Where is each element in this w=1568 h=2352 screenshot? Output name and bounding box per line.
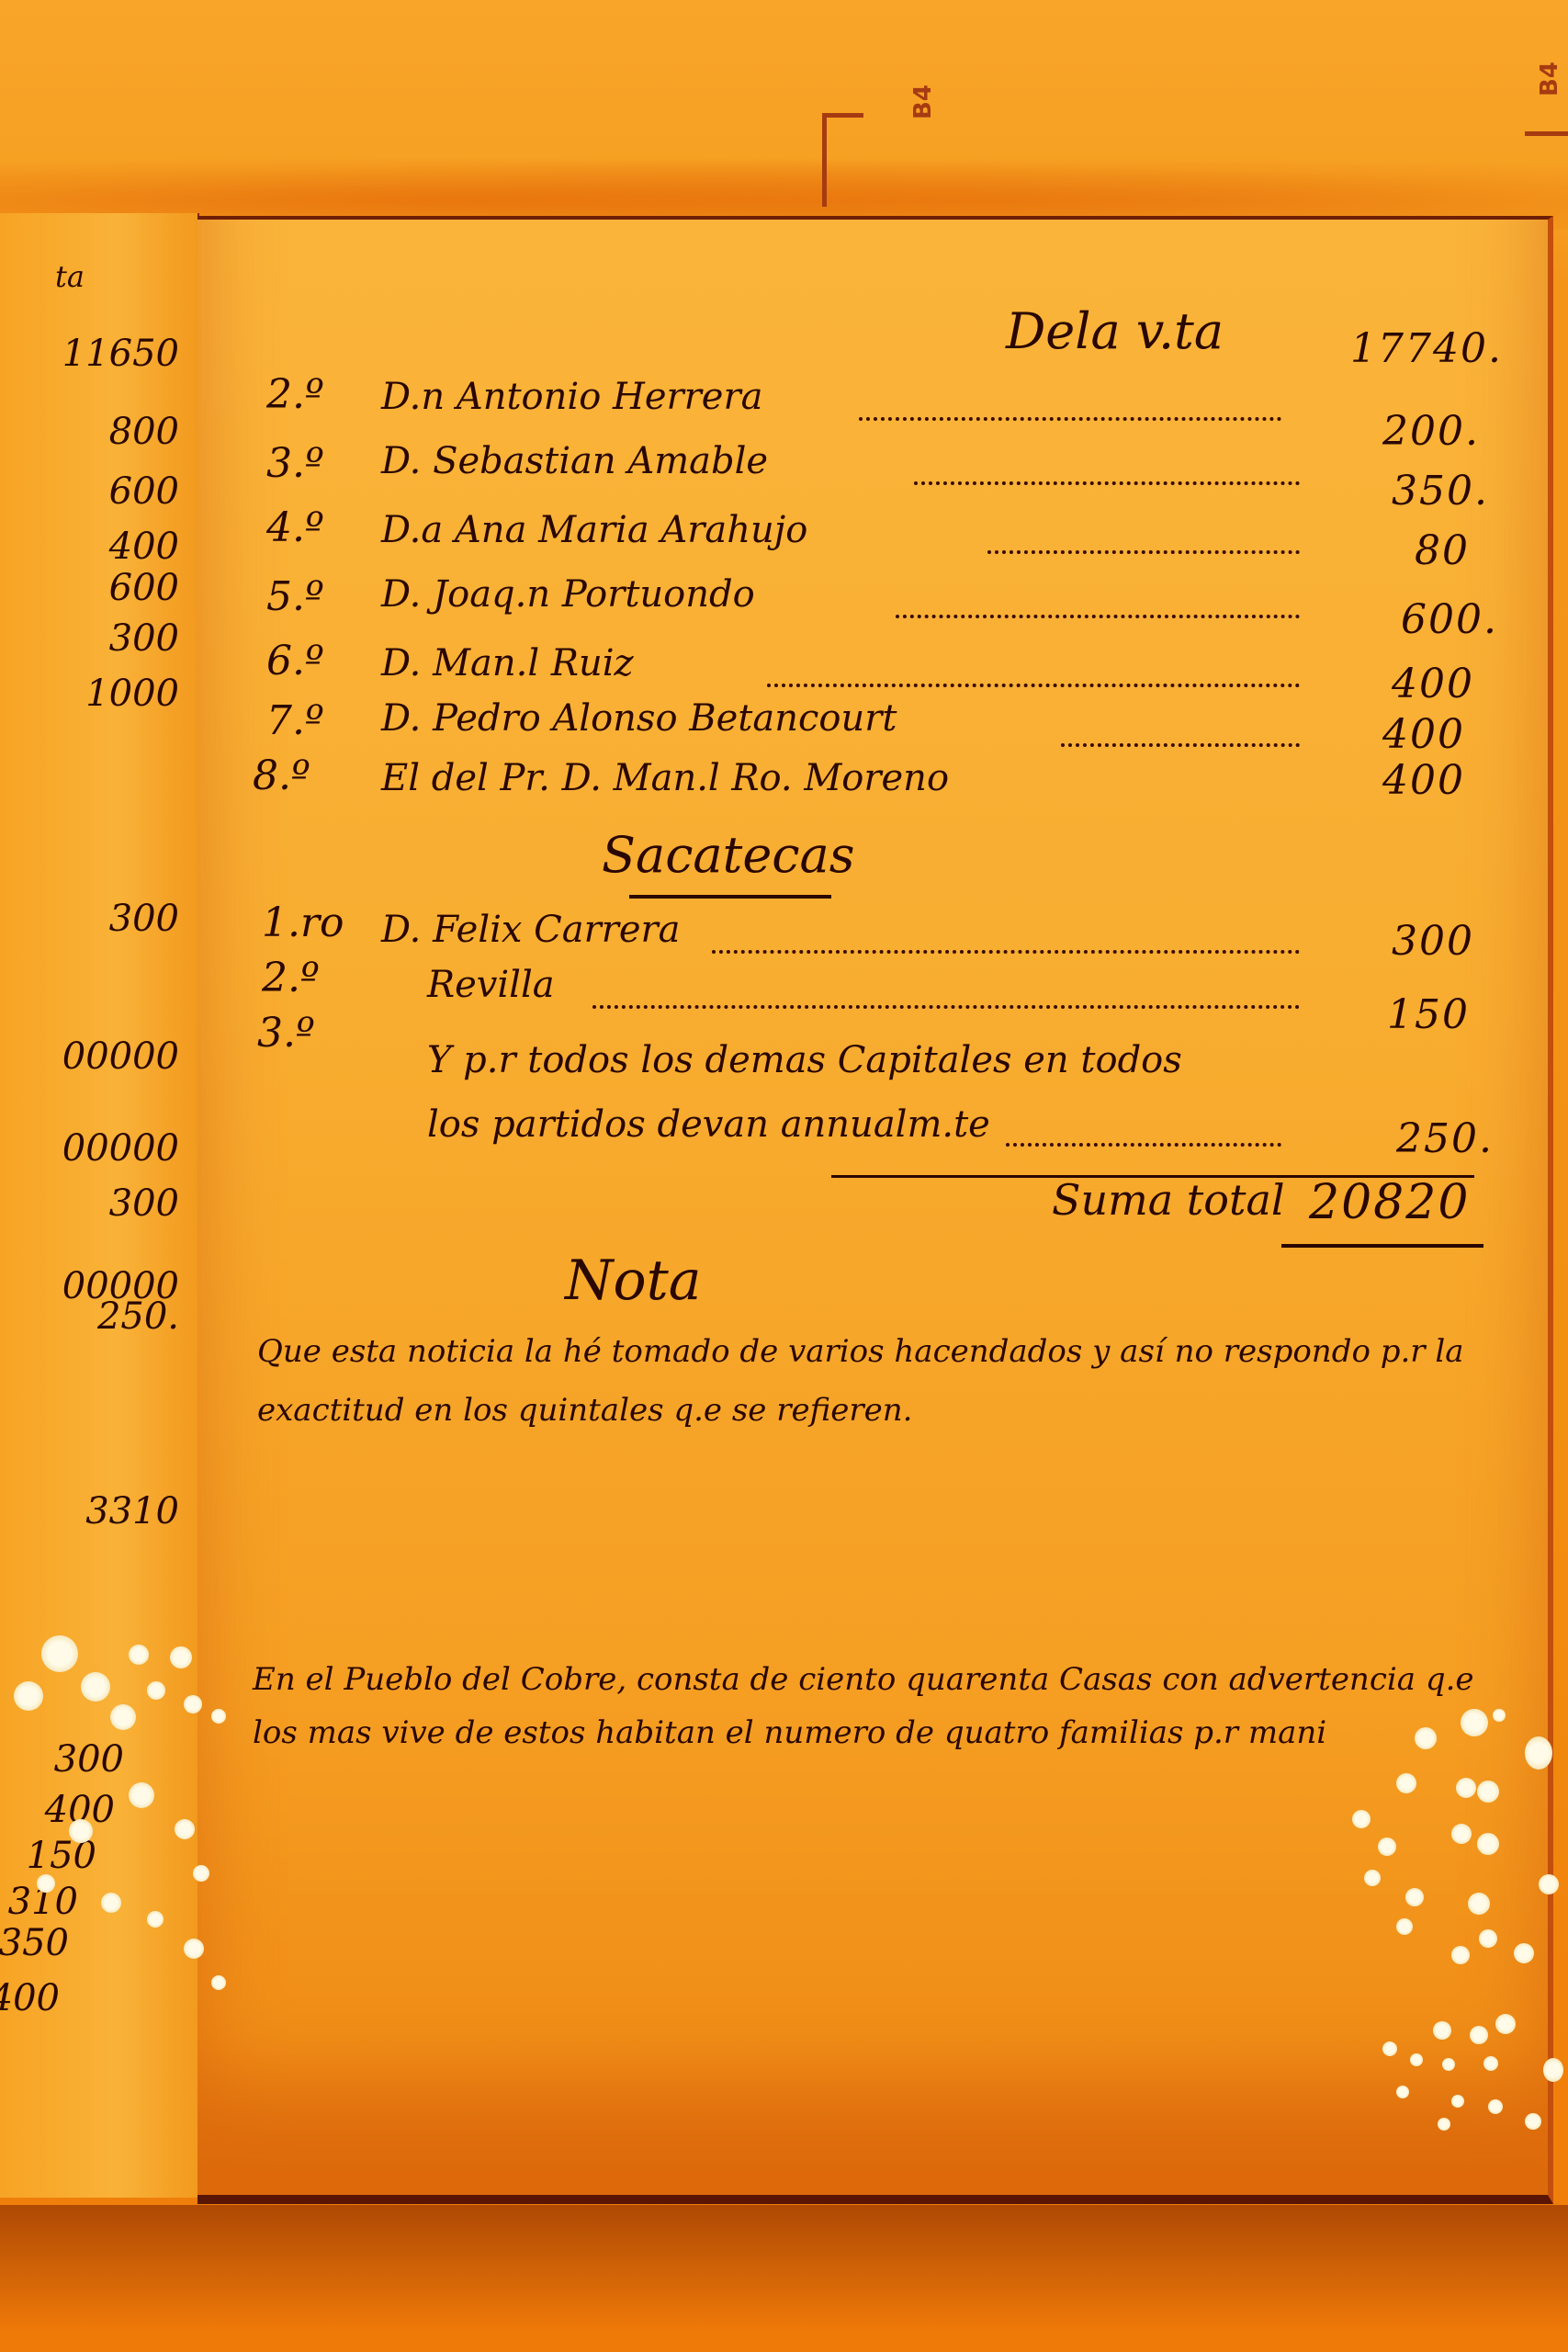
left-page-number: 600 — [109, 567, 179, 609]
row-ordinal: 8.º — [253, 752, 310, 799]
row-amount: 400 — [1382, 711, 1465, 758]
left-page-number: 3310 — [85, 1490, 179, 1532]
row-ordinal: 1.ro — [262, 899, 344, 946]
page-bottom-shadow — [0, 2205, 1568, 2334]
dot-leader — [1006, 1143, 1281, 1147]
left-page-number: 400 — [0, 1977, 60, 2019]
nota-title: Nota — [565, 1249, 702, 1313]
nota-paragraph-2: En el Pueblo del Cobre, consta de ciento… — [253, 1653, 1474, 1759]
row-ordinal: 6.º — [266, 638, 324, 684]
dot-leader — [592, 1005, 1300, 1009]
row-name: D. Man.l Ruiz — [381, 642, 634, 684]
row-ordinal: 3.º — [266, 440, 324, 487]
row-amount: 400 — [1382, 757, 1465, 804]
row-name: D. Pedro Alonso Betancourt — [381, 697, 897, 740]
left-page-number: 11650 — [62, 333, 179, 375]
row-name: D.a Ana Maria Arahujo — [381, 509, 807, 551]
carry-forward-label: Dela v.ta — [1006, 302, 1224, 360]
left-page-number: 300 — [109, 617, 179, 660]
row-name: D. Joaq.n Portuondo — [381, 573, 755, 616]
section-heading: Sacatecas — [602, 826, 854, 884]
left-page-number: 600 — [109, 470, 179, 513]
left-page-number: 300 — [109, 1182, 179, 1225]
crop-mark-right-horizontal — [1525, 131, 1568, 136]
row-name: Revilla — [427, 964, 555, 1006]
row-amount: 600. — [1401, 596, 1498, 643]
dot-leader — [712, 950, 1300, 954]
left-page: ta 11650 800 600 400 600 300 1000 300 00… — [0, 213, 199, 2198]
left-page-number: 300 — [109, 898, 179, 940]
row-ordinal: 7.º — [266, 697, 324, 744]
scan-mark-left: B4 — [909, 85, 937, 119]
total-label: Suma total — [1052, 1175, 1285, 1225]
scan-mark-right: B4 — [1536, 62, 1563, 96]
section-heading-underline — [629, 895, 831, 899]
left-page-header: ta — [55, 259, 85, 294]
left-page-number: 350 — [0, 1922, 69, 1964]
row-amount: 350. — [1392, 468, 1489, 514]
row-ordinal: 5.º — [266, 573, 324, 620]
total-amount: 20820 — [1309, 1175, 1470, 1230]
ledger-page: Dela v.ta 17740. 2.º D.n Antonio Herrera… — [197, 216, 1553, 2204]
row-name: D.n Antonio Herrera — [381, 376, 762, 418]
row-ordinal: 4.º — [266, 504, 324, 551]
dot-leader — [987, 550, 1300, 554]
row-ordinal: 2.º — [262, 955, 320, 1001]
dot-leader — [859, 417, 1281, 421]
dot-leader — [1061, 743, 1300, 747]
dot-leader — [914, 481, 1300, 485]
row-amount: 400 — [1392, 661, 1474, 707]
row-amount: 150 — [1387, 991, 1470, 1038]
row-amount: 200. — [1382, 408, 1480, 455]
left-page-number: 250. — [97, 1295, 179, 1338]
left-page-number: 00000 — [62, 1035, 179, 1078]
nota-paragraph-1: Que esta noticia la hé tomado de varios … — [257, 1322, 1479, 1440]
dot-leader — [896, 615, 1300, 618]
crop-mark-left-horizontal — [822, 113, 863, 118]
left-page-number: 1000 — [85, 673, 179, 715]
left-page-number: 00000 — [62, 1127, 179, 1170]
row-name-multiline: Y p.r todos los demas Capitales en todos… — [427, 1028, 1217, 1157]
total-double-rule — [1281, 1244, 1483, 1248]
row-name: D. Felix Carrera — [381, 909, 681, 951]
row-ordinal: 2.º — [266, 371, 324, 418]
left-page-number: 300 — [54, 1738, 124, 1781]
row-amount: 250. — [1396, 1115, 1494, 1162]
left-page-number: 800 — [109, 411, 179, 453]
row-amount: 80 — [1415, 527, 1470, 574]
row-name: D. Sebastian Amable — [381, 440, 768, 482]
row-amount: 300 — [1392, 918, 1474, 965]
row-ordinal: 3.º — [257, 1010, 315, 1057]
crop-mark-left-vertical — [822, 115, 827, 207]
dot-leader — [767, 684, 1300, 687]
row-name: El del Pr. D. Man.l Ro. Moreno — [381, 757, 949, 799]
left-page-number: 400 — [109, 526, 179, 568]
carry-forward-amount: 17740. — [1350, 325, 1503, 372]
